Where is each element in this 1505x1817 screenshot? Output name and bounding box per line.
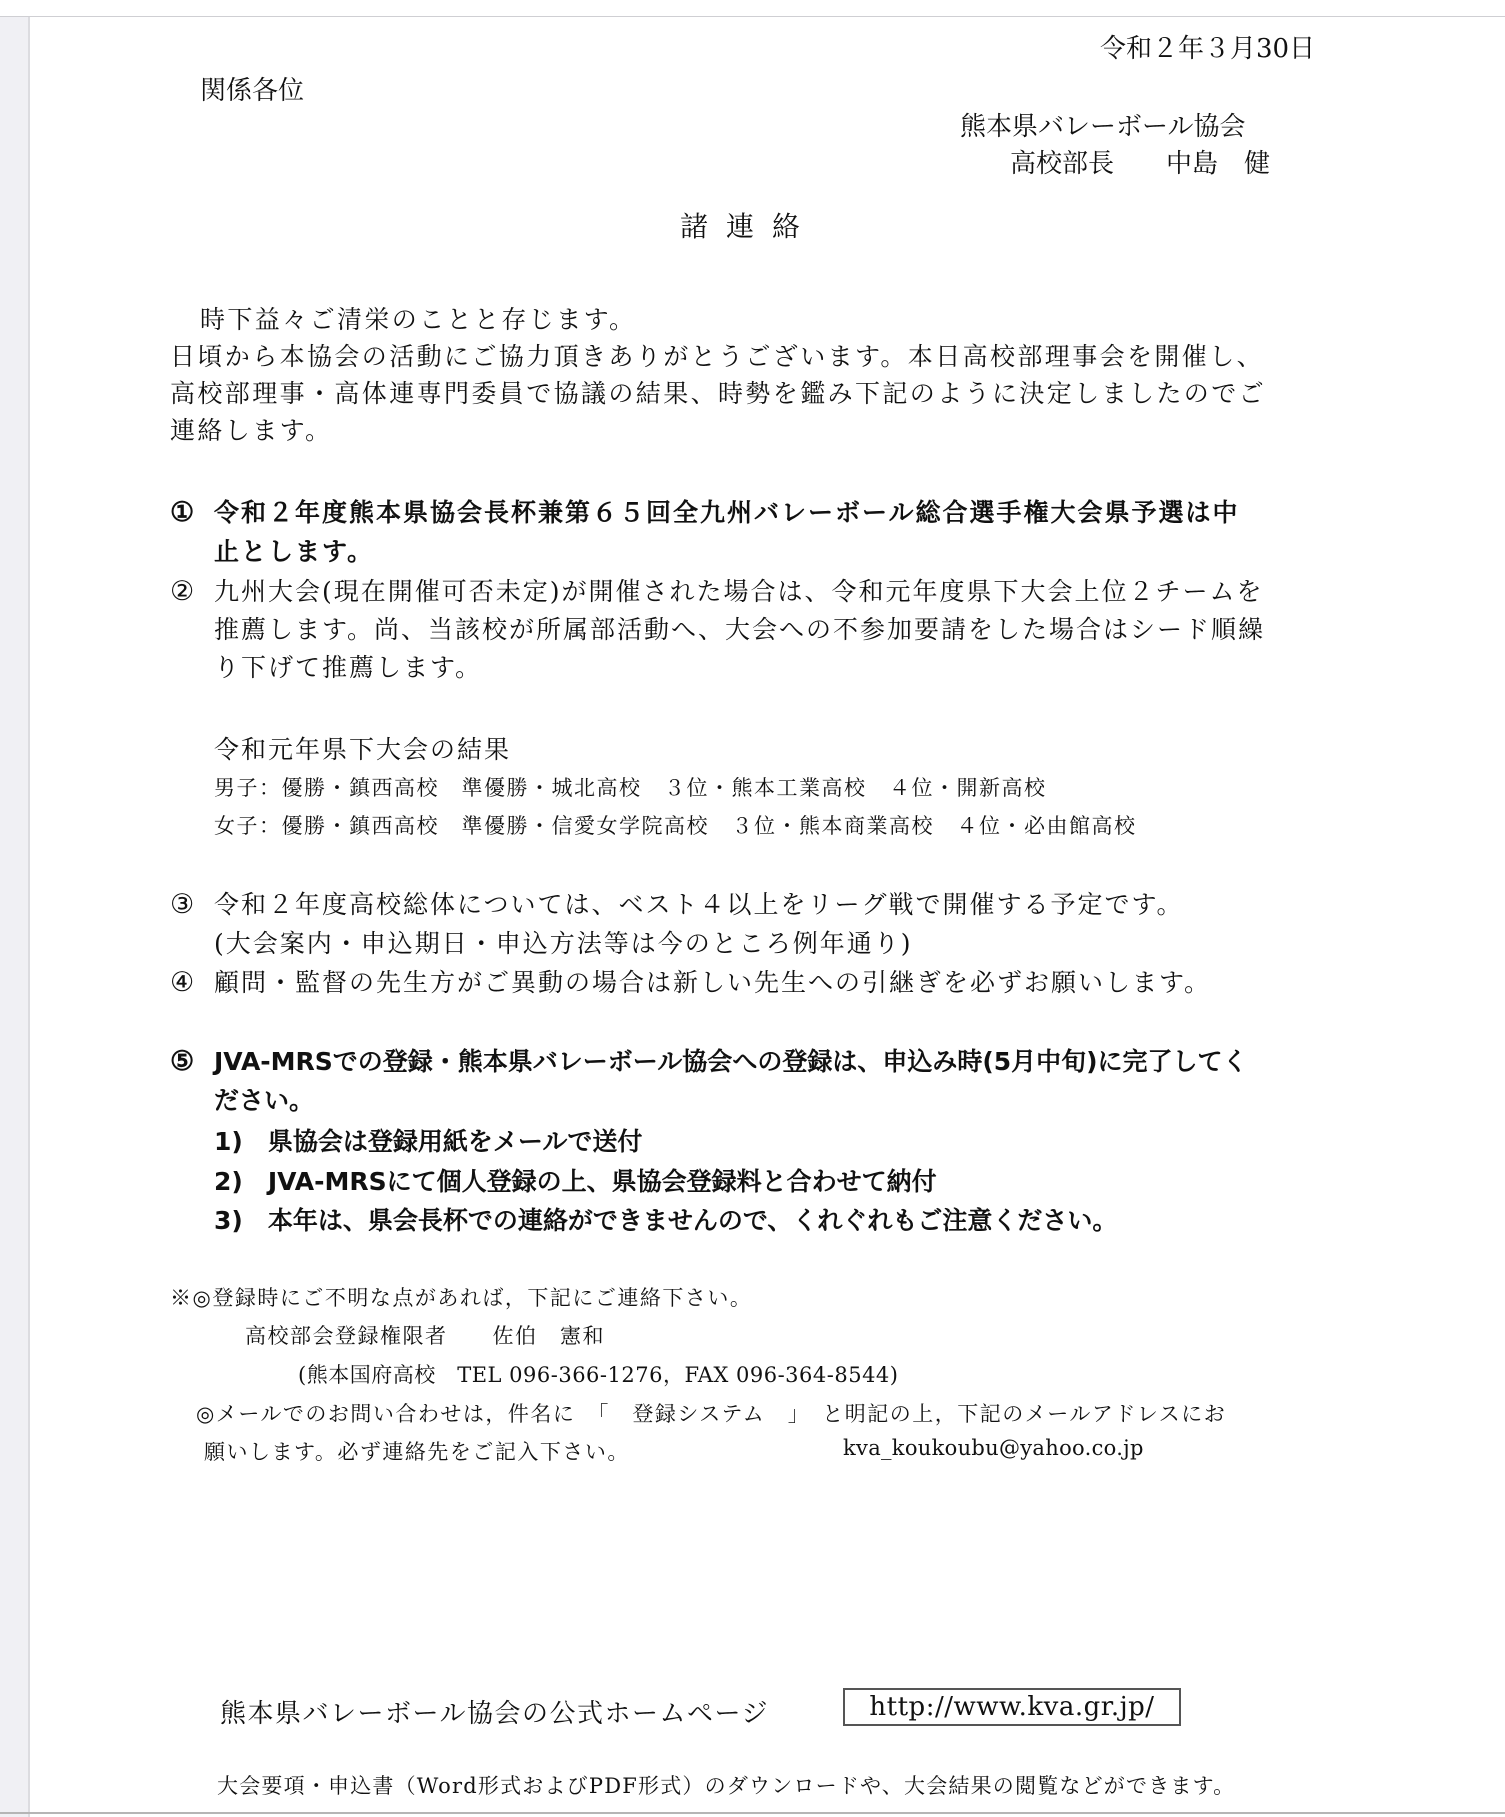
- intro-line: 連絡します。: [170, 411, 332, 447]
- page-bottom-border: [0, 1812, 1505, 1814]
- item-text-continued: り下げて推薦します。: [214, 648, 482, 684]
- document-date: 令和２年３月30日: [1100, 28, 1315, 65]
- sender-organization: 熊本県バレーボール協会: [960, 106, 1245, 143]
- subitem-3: 3) 本年は、県会長杯での連絡ができませんので、くれぐれもご注意ください。: [214, 1201, 1117, 1237]
- item-text: 令和２年度熊本県協会長杯兼第６５回全九州バレーボール総合選手権大会県予選は中: [214, 498, 1240, 527]
- item-marker: ②: [170, 576, 214, 607]
- viewer-left-margin: [0, 17, 30, 1817]
- addressee: 関係各位: [200, 70, 304, 107]
- item-text: 顧問・監督の先生方がご異動の場合は新しい先生への引継ぎを必ずお願いします。: [214, 968, 1211, 997]
- contact-note: ※◎登録時にご不明な点があれば，下記にご連絡下さい。: [170, 1282, 752, 1312]
- homepage-url-link[interactable]: http://www.kva.gr.jp/: [843, 1688, 1181, 1726]
- contact-phone: (熊本国府高校 TEL 096-366-1276，FAX 096-364-854…: [298, 1359, 898, 1389]
- item-marker: ⑤: [170, 1046, 214, 1077]
- item-text-continued: ださい。: [214, 1081, 314, 1117]
- list-item-5: ⑤JVA-MRSでの登録・熊本県バレーボール協会への登録は、申込み時(5月中旬)…: [170, 1042, 1248, 1078]
- results-heading: 令和元年県下大会の結果: [214, 730, 511, 766]
- item-text: 九州大会(現在開催可否未定)が開催された場合は、令和元年度県下大会上位２チームを: [214, 577, 1264, 606]
- item-marker: ①: [170, 497, 214, 528]
- item-text: JVA-MRSでの登録・熊本県バレーボール協会への登録は、申込み時(5月中旬)に…: [214, 1047, 1248, 1076]
- contact-person: 高校部会登録権限者 佐伯 憲和: [245, 1320, 605, 1350]
- results-boys: 男子：優勝・鎮西高校 準優勝・城北高校 ３位・熊本工業高校 ４位・開新高校: [214, 772, 1047, 802]
- list-item-4: ④顧問・監督の先生方がご異動の場合は新しい先生への引継ぎを必ずお願いします。: [170, 963, 1211, 999]
- item-text-continued: (大会案内・申込期日・申込方法等は今のところ例年通り): [214, 924, 913, 960]
- item-marker: ④: [170, 967, 214, 998]
- sender-name: 高校部長 中島 健: [1010, 143, 1270, 180]
- intro-line: 日頃から本協会の活動にご協力頂きありがとうございます。本日高校部理事会を開催し、: [170, 337, 1264, 373]
- document-title: 諸連絡: [680, 205, 818, 245]
- subitem-1: 1) 県協会は登録用紙をメールで送付: [214, 1122, 642, 1158]
- list-item-1: ①令和２年度熊本県協会長杯兼第６５回全九州バレーボール総合選手権大会県予選は中: [170, 493, 1240, 529]
- contact-email-link[interactable]: kva_koukoubu@yahoo.co.jp: [843, 1436, 1144, 1460]
- email-note: ◎メールでのお問い合わせは，件名に 「 登録システム 」 と明記の上，下記のメー…: [196, 1398, 1226, 1428]
- homepage-label: 熊本県バレーボール協会の公式ホームページ: [220, 1693, 769, 1730]
- subitem-2: 2) JVA-MRSにて個人登録の上、県協会登録料と合わせて納付: [214, 1162, 937, 1198]
- item-text: 令和２年度高校総体については、ベスト４以上をリーグ戦で開催する予定です。: [214, 890, 1184, 919]
- list-item-2: ②九州大会(現在開催可否未定)が開催された場合は、令和元年度県下大会上位２チーム…: [170, 572, 1264, 608]
- item-marker: ③: [170, 889, 214, 920]
- homepage-description: 大会要項・申込書（Word形式およびPDF形式）のダウンロードや、大会結果の閲覧…: [217, 1770, 1235, 1800]
- intro-line: 高校部理事・高体連専門委員で協議の結果、時勢を鑑み下記のように決定しましたのでご: [170, 374, 1266, 410]
- email-note-continued: 願いします。必ず連絡先をご記入下さい。: [204, 1436, 630, 1466]
- viewer-top-bar: [0, 0, 1505, 17]
- intro-greeting: 時下益々ご清栄のことと存じます。: [200, 300, 636, 336]
- item-text-continued: 止とします。: [214, 532, 374, 568]
- results-girls: 女子：優勝・鎮西高校 準優勝・信愛女学院高校 ３位・熊本商業高校 ４位・必由館高…: [214, 810, 1137, 840]
- item-text-continued: 推薦します。尚、当該校が所属部活動へ、大会への不参加要請をした場合はシード順繰: [214, 610, 1265, 646]
- list-item-3: ③令和２年度高校総体については、ベスト４以上をリーグ戦で開催する予定です。: [170, 885, 1184, 921]
